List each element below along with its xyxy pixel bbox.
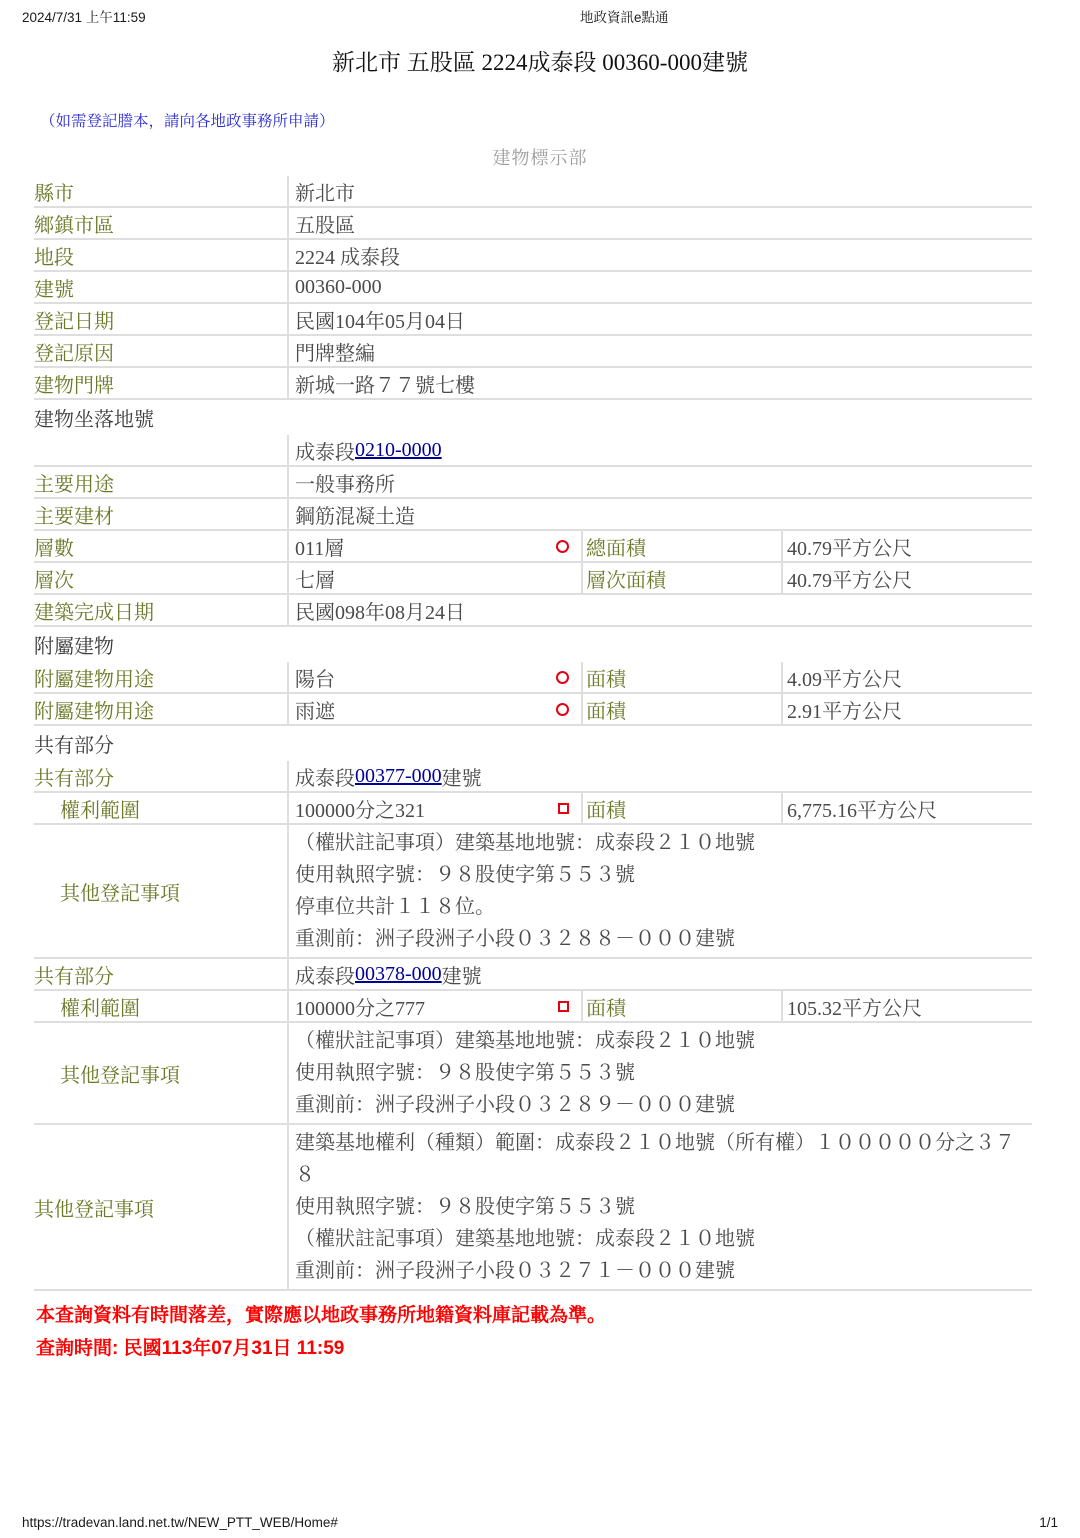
lot-suffix: 建號: [442, 960, 482, 989]
building-info-table: 縣市 新北市 鄉鎮市區 五股區 地段 2224 成泰段 建號 00360-000…: [34, 176, 1032, 1291]
print-footer: https://tradevan.land.net.tw/NEW_PTT_WEB…: [0, 1514, 1080, 1530]
page-title: 新北市 五股區 2224成泰段 00360-000建號: [0, 44, 1080, 77]
lot-section-prefix: 成泰段: [295, 436, 355, 465]
query-time: 查詢時間: 民國113年07月31日 11:59: [36, 1332, 1080, 1365]
field-label: 其他登記事項: [34, 1125, 289, 1289]
building-number-link[interactable]: 00378-000: [355, 963, 442, 986]
field-label: 共有部分: [34, 761, 289, 791]
field-label: 共有部分: [34, 959, 289, 989]
field-value: 鋼筋混凝土造: [289, 499, 1032, 529]
table-row: 共有部分 成泰段00378-000 建號: [34, 959, 1032, 991]
disclaimer-text: 本查詢資料有時間落差，實際應以地政事務所地籍資料庫記載為準。: [36, 1299, 1080, 1332]
lot-section-prefix: 成泰段: [295, 960, 355, 989]
section-row-building-site-lot: 建物坐落地號: [34, 400, 1032, 435]
table-row: 建築完成日期 民國098年08月24日: [34, 595, 1032, 627]
table-row: 層數 011層 總面積 40.79平方公尺: [34, 531, 1032, 563]
field-value: 成泰段00377-000 建號: [289, 761, 1032, 791]
remark-line: 重測前：洲子段洲子小段０３２８９－０００建號: [295, 1089, 1032, 1121]
area-field-label: 面積: [581, 662, 781, 692]
field-value: 建築基地權利（種類）範圍：成泰段２１０地號（所有權）１０００００分之３７８ 使用…: [289, 1125, 1032, 1289]
remark-line: （權狀註記事項）建築基地地號：成泰段２１０地號: [295, 1223, 1032, 1255]
table-row: 權利範圍 100000分之321 面積 6,775.16平方公尺: [34, 793, 1032, 825]
area-field-value: 40.79平方公尺: [781, 563, 1032, 593]
table-row: 其他登記事項 （權狀註記事項）建築基地地號：成泰段２１０地號 使用執照字號：９８…: [34, 825, 1032, 959]
table-row: 成泰段0210-0000: [34, 435, 1032, 467]
area-field-label: 總面積: [581, 531, 781, 561]
building-number-link[interactable]: 00377-000: [355, 765, 442, 788]
field-value: 陽台: [289, 662, 581, 692]
table-row: 其他登記事項 建築基地權利（種類）範圍：成泰段２１０地號（所有權）１０００００分…: [34, 1125, 1032, 1291]
field-value: 門牌整編: [289, 336, 1032, 366]
land-number-link[interactable]: 0210-0000: [355, 439, 442, 462]
remark-line: （權狀註記事項）建築基地地號：成泰段２１０地號: [295, 827, 1032, 859]
remark-line: 建築基地權利（種類）範圍：成泰段２１０地號（所有權）１０００００分之３７８: [295, 1127, 1032, 1191]
area-field-label: 面積: [581, 694, 781, 724]
field-label: 登記原因: [34, 336, 289, 366]
field-value-text: 100000分之777: [295, 992, 425, 1021]
field-value: 七層: [289, 563, 581, 593]
area-field-value: 105.32平方公尺: [781, 991, 1032, 1021]
checkbox-square-icon[interactable]: [558, 803, 569, 814]
table-row: 附屬建物用途 陽台 面積 4.09平方公尺: [34, 662, 1032, 694]
radio-circle-icon[interactable]: [556, 671, 569, 684]
remark-line: 使用執照字號：９８股使字第５５３號: [295, 1191, 1032, 1223]
table-row: 建物門牌 新城一路７７號七樓: [34, 368, 1032, 400]
field-value: 2224 成泰段: [289, 240, 1032, 270]
table-row: 權利範圍 100000分之777 面積 105.32平方公尺: [34, 991, 1032, 1023]
building-label-part-title: 建物標示部: [0, 144, 1080, 170]
field-value: 民國098年08月24日: [289, 595, 1032, 625]
field-value: 民國104年05月04日: [289, 304, 1032, 334]
table-row: 鄉鎮市區 五股區: [34, 208, 1032, 240]
field-value: 五股區: [289, 208, 1032, 238]
field-value: 新城一路７７號七樓: [289, 368, 1032, 398]
field-label: 附屬建物用途: [34, 662, 289, 692]
field-value: 新北市: [289, 176, 1032, 206]
field-value: 100000分之777: [289, 991, 581, 1021]
checkbox-square-icon[interactable]: [558, 1001, 569, 1012]
remark-line: 停車位共計１１８位。: [295, 891, 1032, 923]
remark-line: 使用執照字號：９８股使字第５５３號: [295, 859, 1032, 891]
section-row-common-part: 共有部分: [34, 726, 1032, 761]
field-value-text: 陽台: [295, 663, 335, 692]
remark-line: （權狀註記事項）建築基地地號：成泰段２１０地號: [295, 1025, 1032, 1057]
transcript-note: （如需登記謄本，請向各地政事務所申請）: [40, 109, 1080, 131]
disclaimer-block: 本查詢資料有時間落差，實際應以地政事務所地籍資料庫記載為準。 查詢時間: 民國1…: [36, 1299, 1080, 1365]
field-label: 登記日期: [34, 304, 289, 334]
field-label: 鄉鎮市區: [34, 208, 289, 238]
field-value: 100000分之321: [289, 793, 581, 823]
table-row: 其他登記事項 （權狀註記事項）建築基地地號：成泰段２１０地號 使用執照字號：９８…: [34, 1023, 1032, 1125]
page-indicator: 1/1: [1039, 1515, 1058, 1530]
field-value: 00360-000: [289, 272, 1032, 302]
field-label: 權利範圍: [34, 991, 289, 1021]
remark-line: 重測前：洲子段洲子小段０３２７１－０００建號: [295, 1255, 1032, 1287]
area-field-value: 40.79平方公尺: [781, 531, 1032, 561]
table-row: 登記日期 民國104年05月04日: [34, 304, 1032, 336]
area-field-label: 層次面積: [581, 563, 781, 593]
radio-circle-icon[interactable]: [556, 703, 569, 716]
area-field-label: 面積: [581, 793, 781, 823]
table-row: 主要建材 鋼筋混凝土造: [34, 499, 1032, 531]
area-field-value: 4.09平方公尺: [781, 662, 1032, 692]
field-label: 其他登記事項: [34, 825, 289, 957]
field-label: 附屬建物用途: [34, 694, 289, 724]
lot-section-prefix: 成泰段: [295, 762, 355, 791]
field-label: 權利範圍: [34, 793, 289, 823]
area-field-value: 6,775.16平方公尺: [781, 793, 1032, 823]
print-header: 2024/7/31 上午11:59 地政資訊e點通: [0, 6, 1080, 24]
field-label: 主要用途: [34, 467, 289, 497]
field-label: 其他登記事項: [34, 1023, 289, 1123]
field-value: 成泰段0210-0000: [289, 435, 1032, 465]
table-row: 主要用途 一般事務所: [34, 467, 1032, 499]
field-value-text: 011層: [295, 532, 344, 561]
table-row: 地段 2224 成泰段: [34, 240, 1032, 272]
remark-line: 使用執照字號：９８股使字第５５３號: [295, 1057, 1032, 1089]
field-label: 層數: [34, 531, 289, 561]
field-value: 011層: [289, 531, 581, 561]
field-label: 建物門牌: [34, 368, 289, 398]
field-label: 建號: [34, 272, 289, 302]
remark-line: 重測前：洲子段洲子小段０３２８８－０００建號: [295, 923, 1032, 955]
field-value: 成泰段00378-000 建號: [289, 959, 1032, 989]
table-row: 附屬建物用途 雨遮 面積 2.91平方公尺: [34, 694, 1032, 726]
radio-circle-icon[interactable]: [556, 540, 569, 553]
field-label: 層次: [34, 563, 289, 593]
field-label: 地段: [34, 240, 289, 270]
footer-url: https://tradevan.land.net.tw/NEW_PTT_WEB…: [22, 1515, 338, 1530]
field-value-text: 雨遮: [295, 695, 335, 724]
table-row: 共有部分 成泰段00377-000 建號: [34, 761, 1032, 793]
area-field-value: 2.91平方公尺: [781, 694, 1032, 724]
field-value: （權狀註記事項）建築基地地號：成泰段２１０地號 使用執照字號：９８股使字第５５３…: [289, 1023, 1032, 1123]
field-value: 一般事務所: [289, 467, 1032, 497]
table-row: 建號 00360-000: [34, 272, 1032, 304]
print-timestamp: 2024/7/31 上午11:59: [22, 6, 146, 26]
section-row-accessory-building: 附屬建物: [34, 627, 1032, 662]
site-title: 地政資訊e點通: [580, 6, 669, 26]
field-label: [34, 435, 289, 465]
field-label: 縣市: [34, 176, 289, 206]
table-row: 層次 七層 層次面積 40.79平方公尺: [34, 563, 1032, 595]
field-label: 建築完成日期: [34, 595, 289, 625]
document-body: 新北市 五股區 2224成泰段 00360-000建號 （如需登記謄本，請向各地…: [0, 0, 1080, 1365]
lot-suffix: 建號: [442, 762, 482, 791]
field-label: 主要建材: [34, 499, 289, 529]
field-value-text: 七層: [295, 564, 335, 593]
table-row: 縣市 新北市: [34, 176, 1032, 208]
area-field-label: 面積: [581, 991, 781, 1021]
field-value-text: 100000分之321: [295, 794, 425, 823]
field-value: （權狀註記事項）建築基地地號：成泰段２１０地號 使用執照字號：９８股使字第５５３…: [289, 825, 1032, 957]
field-value: 雨遮: [289, 694, 581, 724]
table-row: 登記原因 門牌整編: [34, 336, 1032, 368]
